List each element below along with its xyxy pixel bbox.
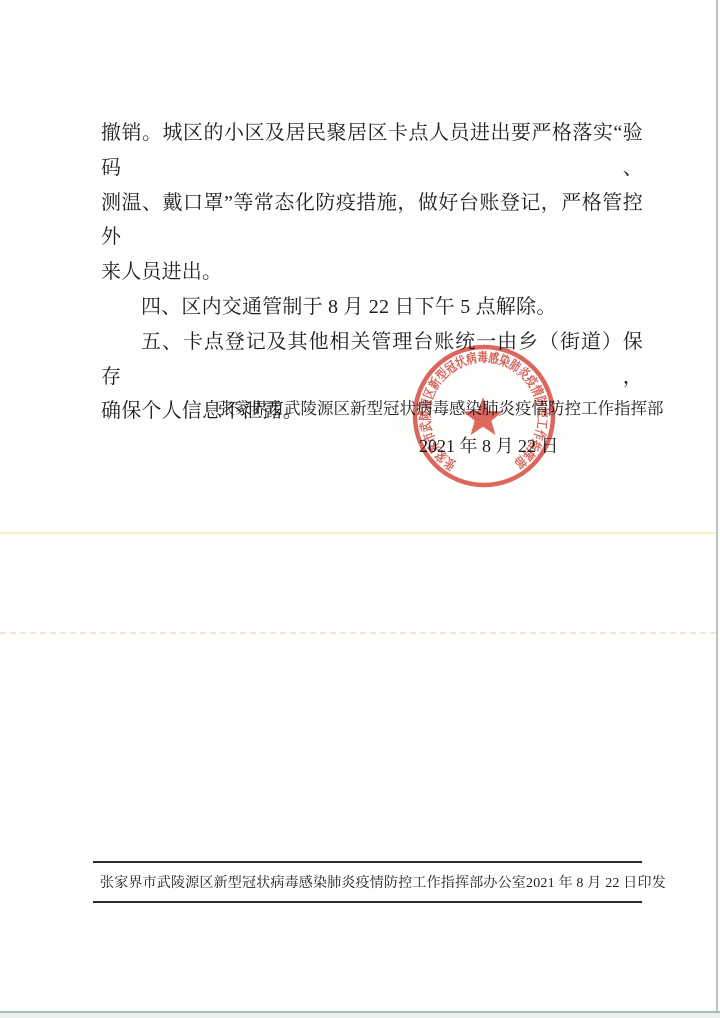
footer-issuer: 张家界市武陵源区新型冠状病毒感染肺炎疫情防控工作指挥部办公室 [100, 872, 526, 892]
body-line: 五、卡点登记及其他相关管理台账统一由乡（街道）保存， [101, 325, 643, 395]
body-line: 撤销。城区的小区及居民聚居区卡点人员进出要严格落实“验码、 [101, 116, 643, 186]
body-line: 来人员进出。 [101, 255, 643, 290]
scan-edge-right [716, 0, 718, 1012]
paper-perforation-line [0, 632, 716, 634]
scanned-document-page: 撤销。城区的小区及居民聚居区卡点人员进出要严格落实“验码、 测温、戴口罩”等常态… [0, 0, 720, 1018]
document-body: 撤销。城区的小区及居民聚居区卡点人员进出要严格落实“验码、 测温、戴口罩”等常态… [101, 116, 643, 429]
body-line: 四、区内交通管制于 8 月 22 日下午 5 点解除。 [101, 290, 643, 325]
signature-date: 2021 年 8 月 22 日 [419, 432, 539, 458]
issuing-authority-signature: 张家界市武陵源区新型冠状病毒感染肺炎疫情防控工作指挥部 [218, 395, 626, 419]
footer-print-date: 2021 年 8 月 22 日印发 [526, 872, 666, 892]
body-line: 测温、戴口罩”等常态化防疫措施，做好台账登记，严格管控外 [101, 186, 643, 256]
document-footer: 张家界市武陵源区新型冠状病毒感染肺炎疫情防控工作指挥部办公室 2021 年 8 … [93, 861, 642, 903]
paper-fold-line [0, 532, 716, 534]
scan-edge-bottom [0, 1011, 720, 1018]
